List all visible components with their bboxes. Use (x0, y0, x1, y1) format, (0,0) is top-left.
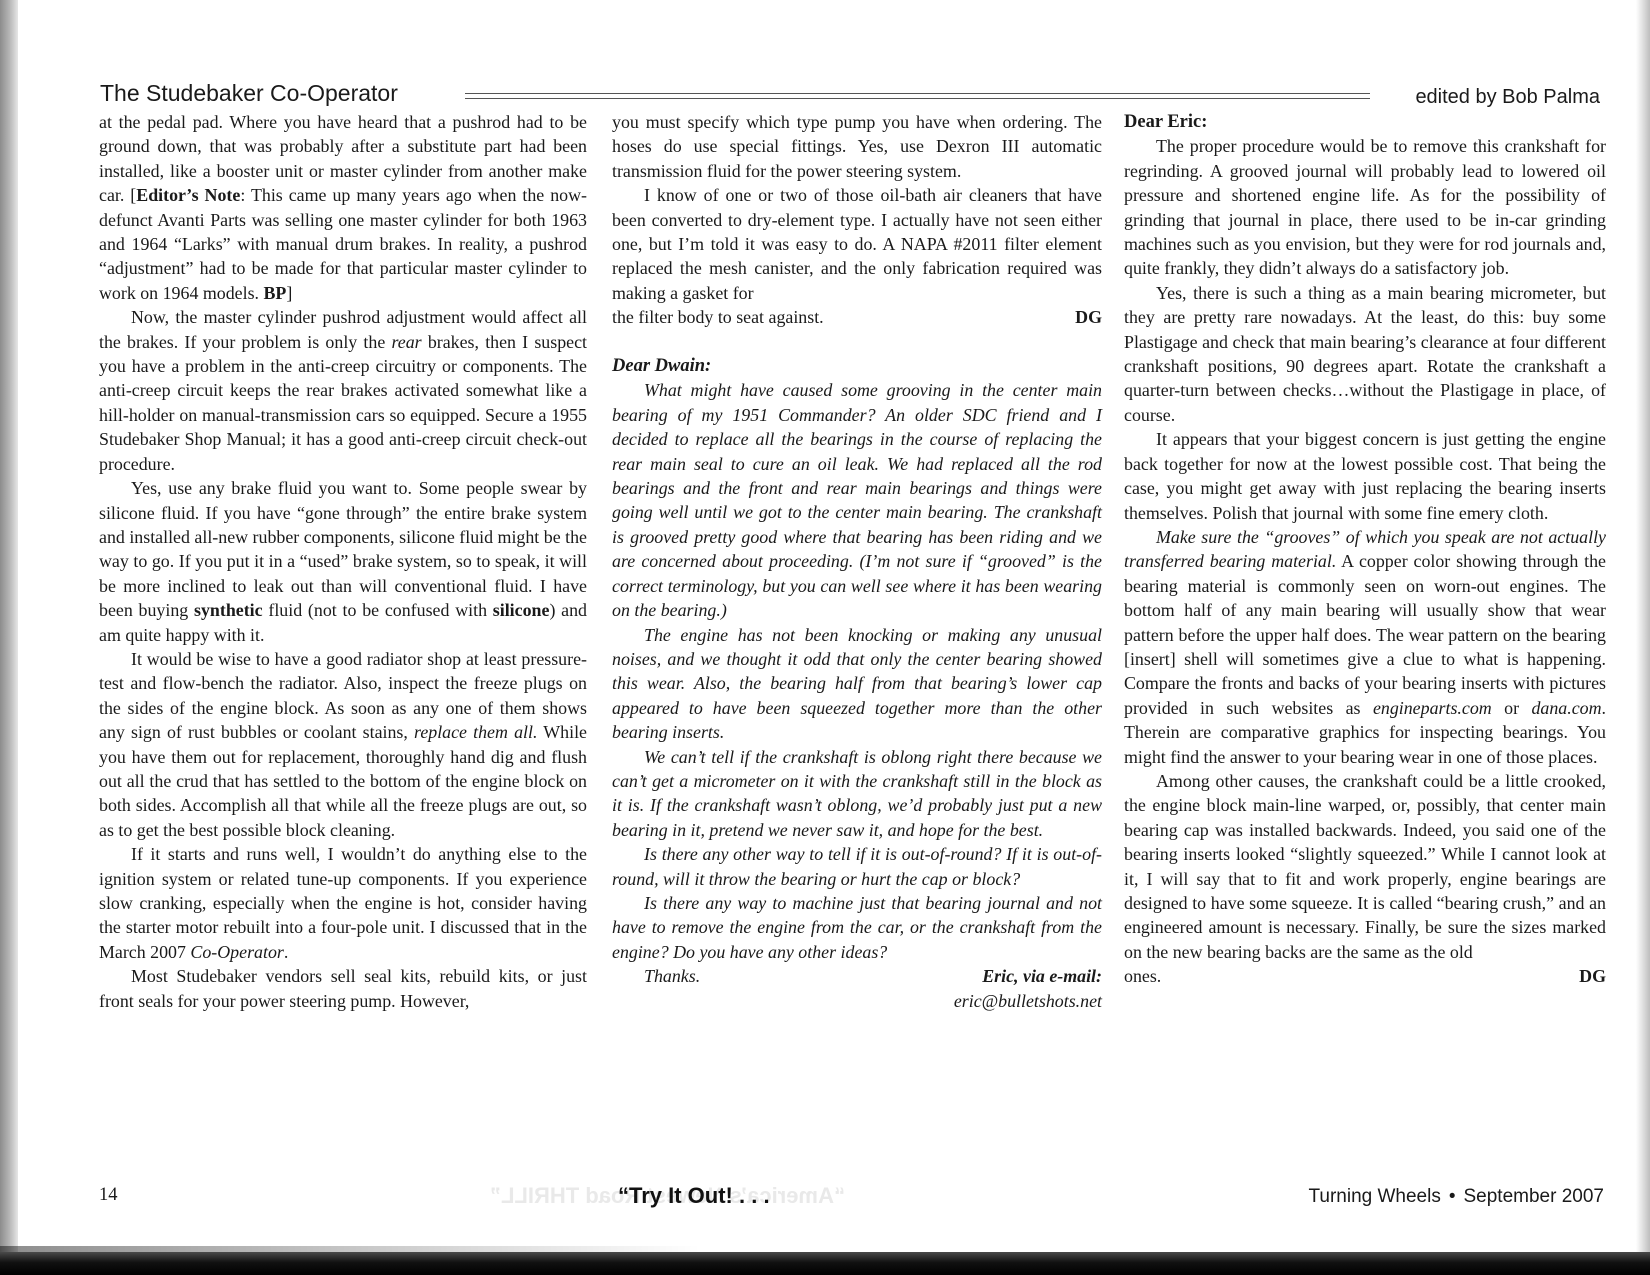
text: If it starts and runs well, I wouldn’t d… (99, 844, 587, 962)
paragraph: It would be wise to have a good radiator… (99, 647, 587, 842)
paragraph: Make sure the “grooves” of which you spe… (1124, 525, 1606, 769)
text: Yes, use any brake fluid you want to. So… (99, 478, 587, 620)
scan-right-edge-shadow (1636, 0, 1650, 1275)
text: brakes, then I suspect you have a proble… (99, 332, 587, 474)
letter-paragraph: We can’t tell if the crankshaft is oblon… (612, 745, 1102, 843)
publication-name: Turning Wheels (1308, 1186, 1440, 1207)
author-initials: BP (263, 283, 286, 303)
paragraph: Yes, there is such a thing as a main bea… (1124, 281, 1606, 427)
paragraph: Yes, use any brake fluid you want to. So… (99, 476, 587, 647)
website-reference: dana.com (1531, 698, 1601, 718)
letter-paragraph: Is there any way to machine just that be… (612, 891, 1102, 964)
paragraph: Among other causes, the crankshaft could… (1124, 769, 1606, 964)
letter-author: Eric, via e-mail: (982, 964, 1102, 988)
emphasis: silicone (493, 600, 550, 620)
header-double-rule (465, 93, 1370, 99)
text: A copper color showing through the beari… (1124, 551, 1606, 717)
page-header: The Studebaker Co-Operator edited by Bob… (100, 80, 1600, 114)
text: . (284, 942, 288, 962)
paragraph: at the pedal pad. Where you have heard t… (99, 110, 587, 305)
letter-salutation: Dear Dwain: (612, 354, 1102, 378)
paragraph: It appears that your biggest concern is … (1124, 427, 1606, 525)
author-email: eric@bulletshots.net (612, 989, 1102, 1013)
footer-slogan: “Try It Out! . . . (618, 1183, 770, 1209)
bullet-separator: • (1449, 1186, 1456, 1207)
text: ones. (1124, 964, 1161, 988)
text: fluid (not to be confused with (263, 600, 493, 620)
closing: Thanks. (644, 964, 700, 988)
answer-signoff: ones. DG (1124, 964, 1606, 988)
article-column-1: at the pedal pad. Where you have heard t… (99, 110, 587, 1013)
paragraph: you must specify which type pump you hav… (612, 110, 1102, 183)
paragraph: Now, the master cylinder pushrod adjustm… (99, 305, 587, 476)
page-number: 14 (99, 1185, 118, 1206)
text: the filter body to seat against. (612, 305, 824, 329)
article-column-2: you must specify which type pump you hav… (612, 110, 1102, 1013)
letter-paragraph: What might have caused some grooving in … (612, 378, 1102, 622)
emphasis: rear (391, 332, 421, 352)
website-reference: engineparts.com (1373, 698, 1492, 718)
emphasis: synthetic (194, 600, 263, 620)
paragraph: I know of one or two of those oil-bath a… (612, 183, 1102, 305)
publication-reference: Co-Operator (190, 942, 283, 962)
letter-paragraph: Is there any other way to tell if it is … (612, 842, 1102, 891)
paragraph: If it starts and runs well, I wouldn’t d… (99, 842, 587, 964)
author-initials: DG (1075, 305, 1102, 329)
author-initials: DG (1579, 964, 1606, 988)
footer-publication: Turning Wheels•September 2007 (1308, 1186, 1604, 1208)
letter-paragraph: The engine has not been knocking or maki… (612, 623, 1102, 745)
issue-date: September 2007 (1464, 1186, 1605, 1207)
answer-signoff: the filter body to seat against. DG (612, 305, 1102, 329)
editors-note-label: Editor’s Note (136, 185, 240, 205)
letter-signature: Thanks. Eric, via e-mail: (612, 964, 1102, 988)
text: ] (286, 283, 292, 303)
column-title: The Studebaker Co-Operator (100, 80, 398, 107)
scan-bottom-edge-shadow (0, 1252, 1650, 1275)
editor-credit: edited by Bob Palma (1415, 86, 1600, 109)
scan-left-edge-shadow (0, 0, 18, 1275)
article-column-3: Dear Eric: The proper procedure would be… (1124, 110, 1606, 989)
text: or (1492, 698, 1532, 718)
spacer (612, 330, 1102, 354)
paragraph: The proper procedure would be to remove … (1124, 134, 1606, 280)
emphasis: replace them all. (414, 722, 537, 742)
answer-salutation: Dear Eric: (1124, 110, 1606, 134)
paragraph: Most Studebaker vendors sell seal kits, … (99, 964, 587, 1013)
